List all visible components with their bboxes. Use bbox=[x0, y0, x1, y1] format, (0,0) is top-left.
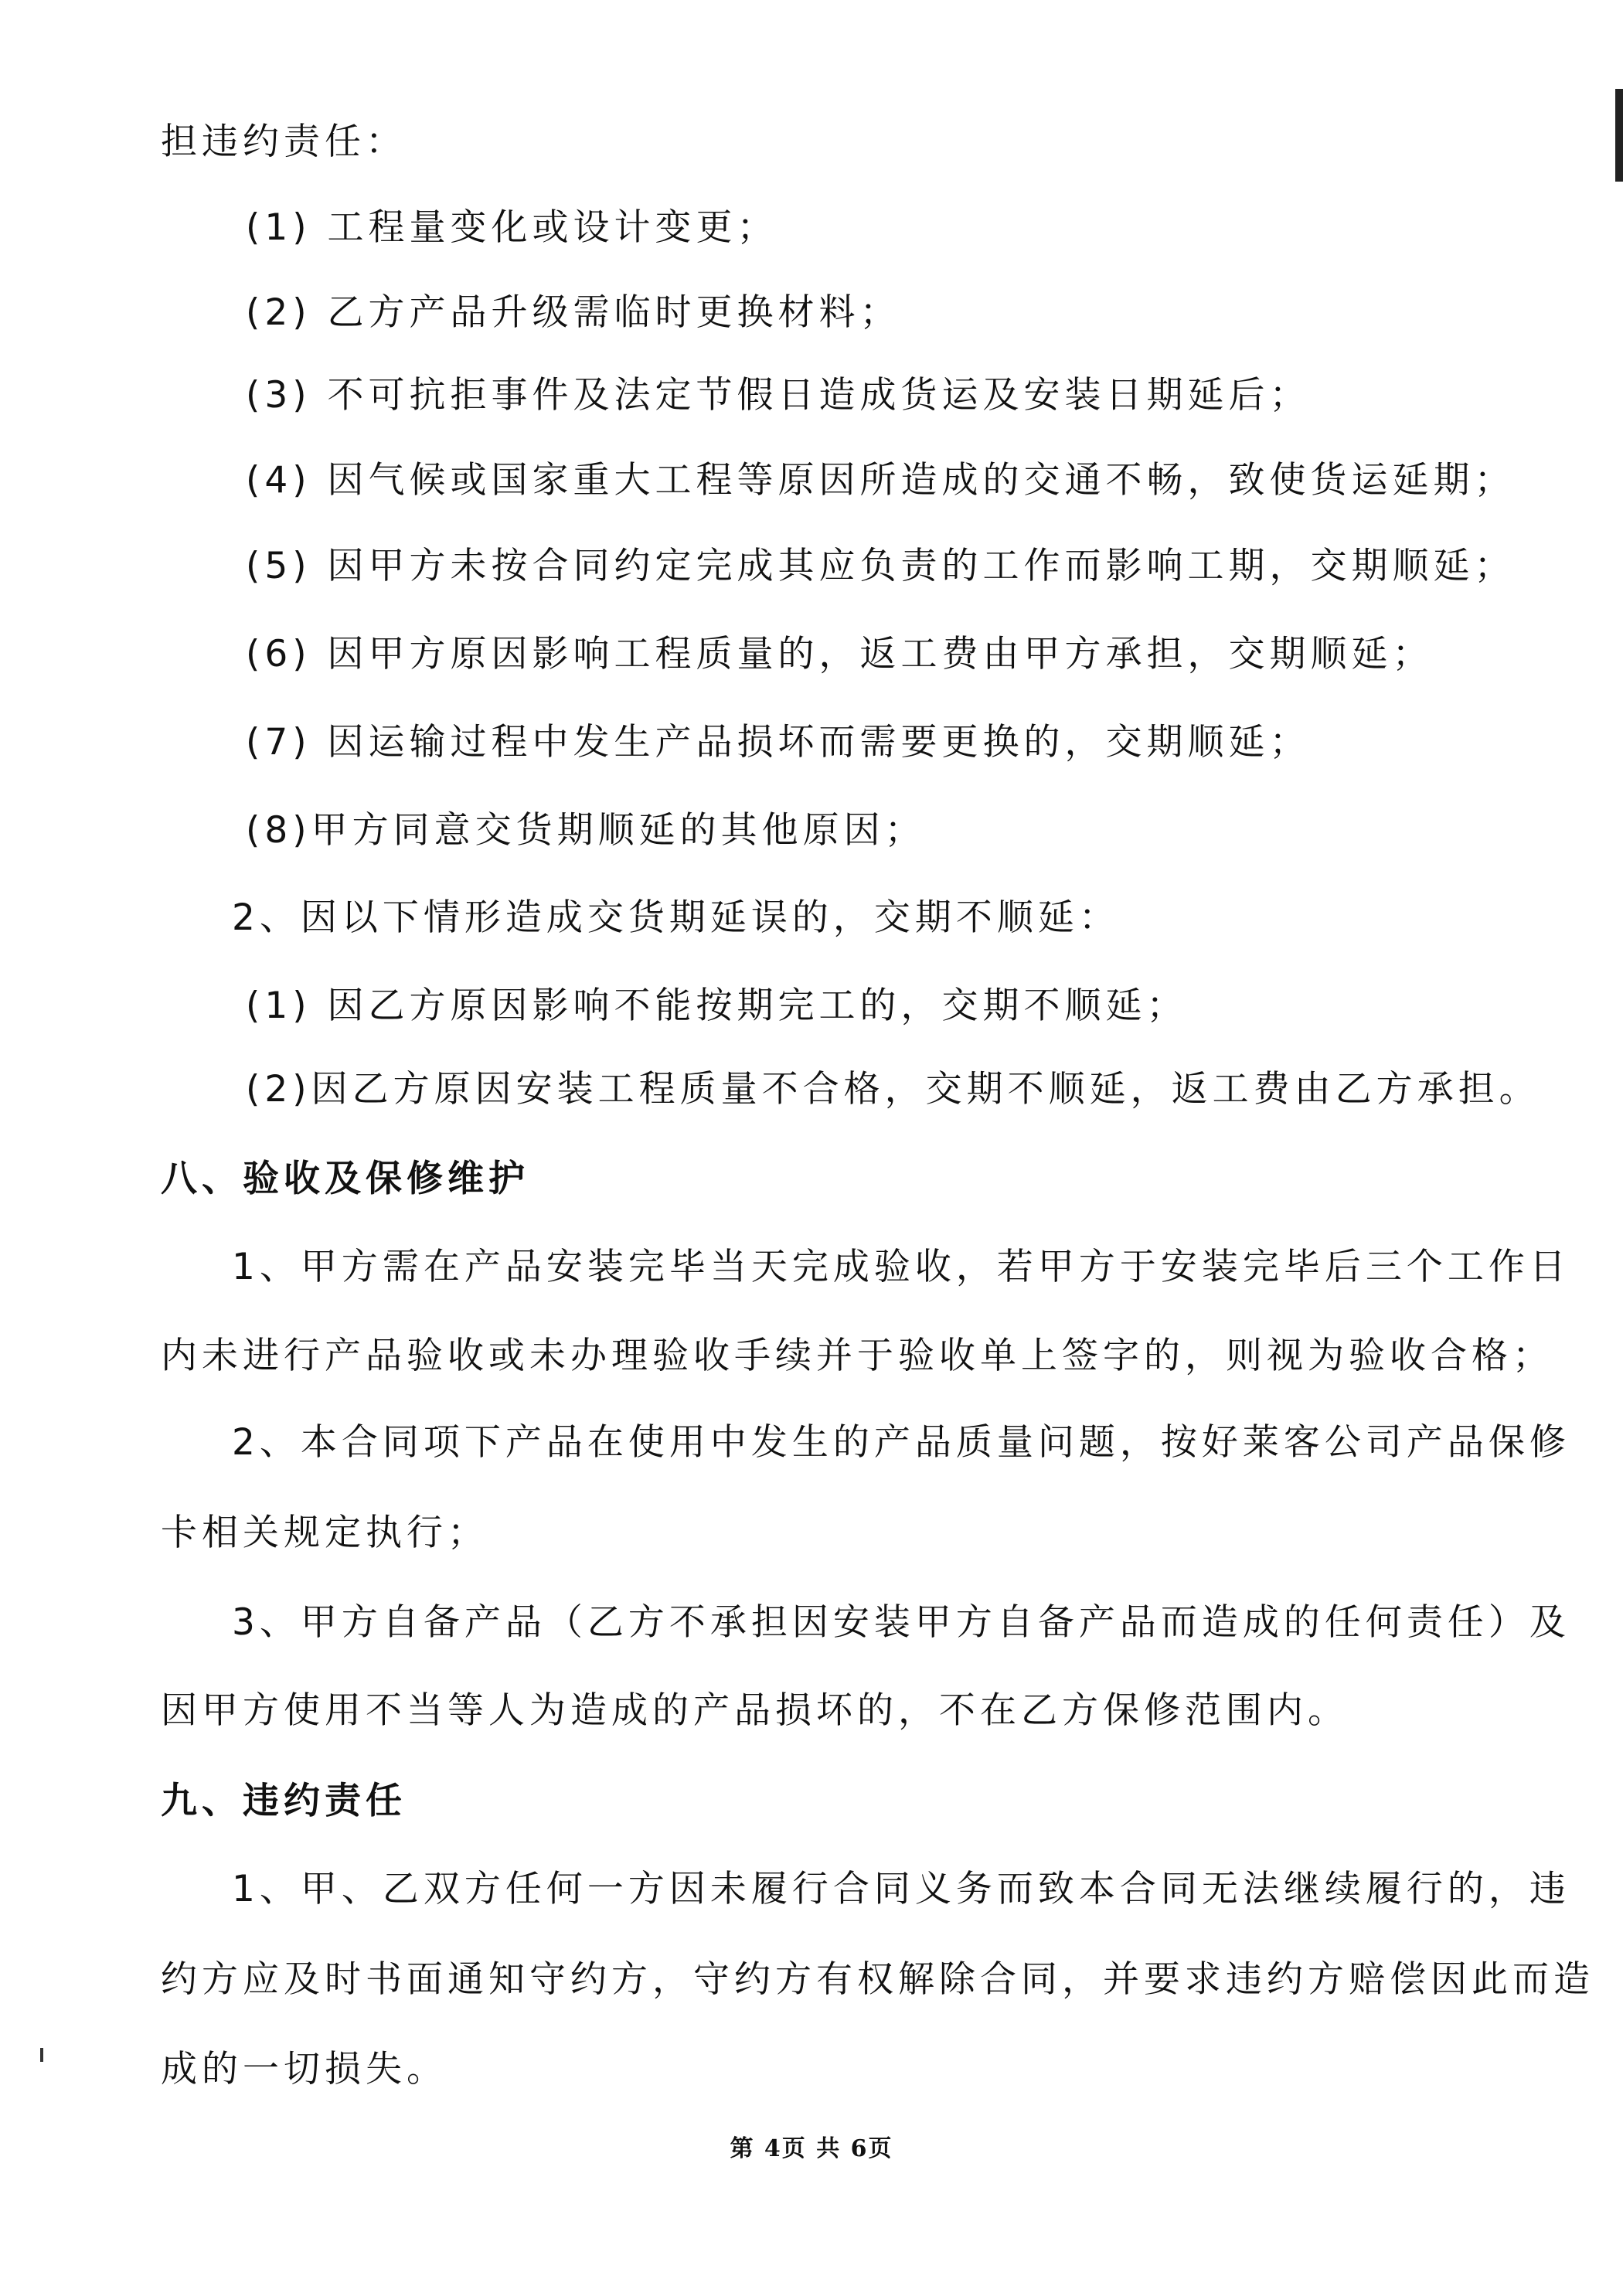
list-item-8: (8)甲方同意交货期顺延的其他原因； bbox=[246, 808, 926, 854]
section-heading-acceptance: 八、验收及保修维护 bbox=[161, 1156, 529, 1202]
breach-clause-1: 1、甲、乙双方任何一方因未履行合同义务而致本合同无法继续履行的，违 bbox=[232, 1866, 1570, 1913]
clause-2-item-2: (2)因乙方原因安装工程质量不合格，交期不顺延，返工费由乙方承担。 bbox=[246, 1066, 1540, 1113]
acceptance-clause-1-cont: 内未进行产品验收或未办理验收手续并于验收单上签字的，则视为验收合格； bbox=[161, 1333, 1553, 1379]
acceptance-clause-1: 1、甲方需在产品安装完毕当天完成验收，若甲方于安装完毕后三个工作日 bbox=[232, 1244, 1570, 1291]
acceptance-clause-2-cont: 卡相关规定执行； bbox=[161, 1510, 488, 1556]
document-page: 担违约责任： (1) 工程量变化或设计变更； (2) 乙方产品升级需临时更换材料… bbox=[0, 0, 1623, 2296]
list-item-7: (7) 因运输过程中发生产品损坏而需要更换的，交期顺延； bbox=[246, 719, 1311, 766]
clause-2-item-1: (1) 因乙方原因影响不能按期完工的，交期不顺延； bbox=[246, 983, 1188, 1029]
acceptance-clause-2: 2、本合同项下产品在使用中发生的产品质量问题，按好莱客公司产品保修 bbox=[232, 1420, 1570, 1466]
section-heading-breach: 九、违约责任 bbox=[161, 1778, 407, 1825]
breach-clause-1-end: 成的一切损失。 bbox=[161, 2046, 447, 2093]
list-item-2: (2) 乙方产品升级需临时更换材料； bbox=[246, 290, 901, 336]
list-item-6: (6) 因甲方原因影响工程质量的，返工费由甲方承担，交期顺延； bbox=[246, 631, 1434, 678]
page-number-footer: 第 4页 共 6页 bbox=[0, 2129, 1623, 2163]
list-item-3: (3) 不可抗拒事件及法定节假日造成货运及安装日期延后； bbox=[246, 372, 1311, 419]
acceptance-clause-3-cont: 因甲方使用不当等人为造成的产品损坏的，不在乙方保修范围内。 bbox=[161, 1688, 1349, 1734]
text-line-continuation: 担违约责任： bbox=[161, 119, 407, 165]
list-item-4: (4) 因气候或国家重大工程等原因所造成的交通不畅，致使货运延期； bbox=[246, 457, 1516, 504]
acceptance-clause-3: 3、甲方自备产品（乙方不承担因安装甲方自备产品而造成的任何责任）及 bbox=[232, 1600, 1570, 1646]
breach-clause-1-cont: 约方应及时书面通知守约方，守约方有权解除合同，并要求违约方赔偿因此而造 bbox=[161, 1957, 1594, 2003]
list-item-1: (1) 工程量变化或设计变更； bbox=[246, 205, 778, 251]
scan-dot-mark bbox=[40, 2048, 43, 2062]
scan-edge-mark bbox=[1615, 89, 1623, 182]
clause-2-paragraph: 2、因以下情形造成交货期延误的，交期不顺延： bbox=[232, 895, 1120, 941]
list-item-5: (5) 因甲方未按合同约定完成其应负责的工作而影响工期，交期顺延； bbox=[246, 543, 1516, 590]
